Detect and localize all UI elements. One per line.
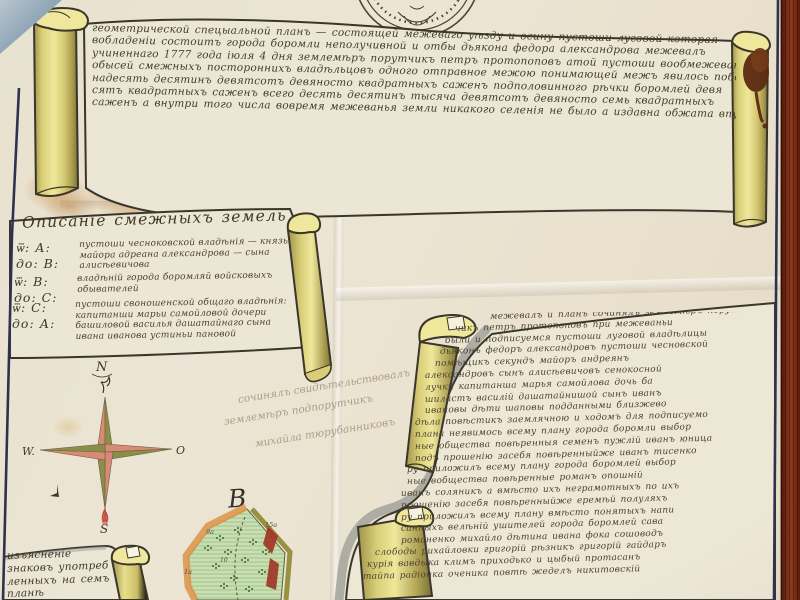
left-border-line — [3, 88, 19, 600]
plan-border-lines — [0, 0, 800, 600]
photo-of-historic-survey-plan: геометрической спецыальной планъ — состо… — [0, 0, 800, 600]
wooden-table-edge — [781, 0, 800, 600]
right-border-line — [774, 0, 778, 600]
